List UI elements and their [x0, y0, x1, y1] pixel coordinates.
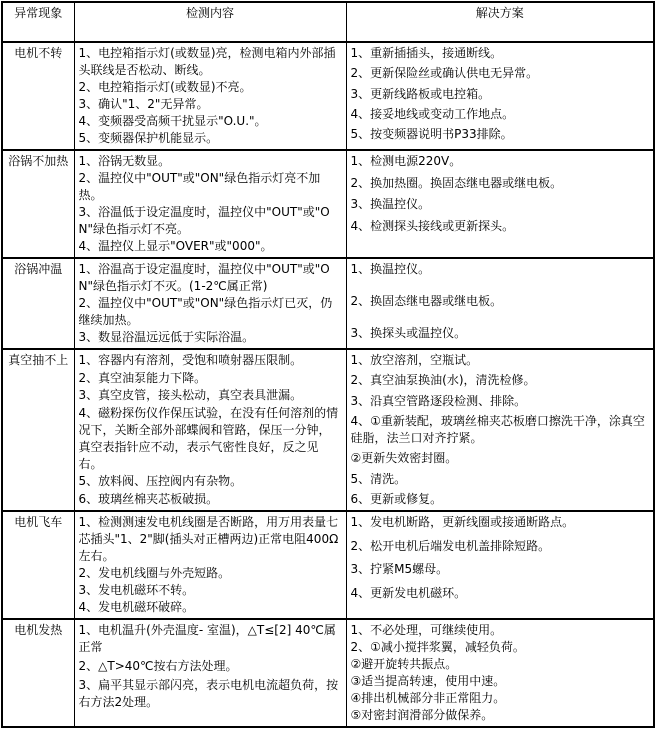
solution-item: ⑤对密封润滑部分做保养。 [351, 707, 650, 724]
detection-item: 3、真空皮管，接头松动，真空表具泄漏。 [79, 387, 342, 404]
solution-item: 2、①减小搅拌浆翼，减轻负荷。 [351, 639, 650, 656]
solution-item: 2、换加热圈。换固态继电器或继电板。 [351, 175, 650, 192]
detection-cell: 1、电机温升(外壳温度- 室温)，△T≤[2] 40℃属正常2、△T>40℃按右… [74, 619, 346, 727]
detection-cell: 1、浴锅无数显。2、温控仪中"OUT"或"ON"绿色指示灯亮不加热。3、浴温低于… [74, 150, 346, 258]
phenomenon-cell: 真空抽不上 [2, 349, 74, 511]
table-row: 浴锅不加热1、浴锅无数显。2、温控仪中"OUT"或"ON"绿色指示灯亮不加热。3… [2, 150, 654, 258]
detection-item: 3、确认"1、2"无异常。 [79, 96, 342, 113]
solution-item: ②避开旋转共振点。 [351, 656, 650, 673]
table-row: 浴锅冲温1、浴温高于设定温度时，温控仪中"OUT"或"ON"绿色指示灯不灭。(1… [2, 258, 654, 349]
solution-item: 4、更新发电机磁环。 [351, 585, 650, 602]
solution-item: 4、①重新装配，玻璃丝棉夹芯板磨口擦洗干净，涂真空硅脂，法兰口对齐拧紧。 [351, 413, 650, 447]
solution-item: 3、换温控仪。 [351, 196, 650, 213]
solution-cell: 1、不必处理，可继续使用。2、①减小搅拌浆翼，减轻负荷。②避开旋转共振点。③适当… [346, 619, 654, 727]
solution-item: 3、拧紧M5螺母。 [351, 561, 650, 578]
detection-item: 2、发电机线圈与外壳短路。 [79, 565, 342, 582]
solution-item: 1、发电机断路，更新线圈或接通断路点。 [351, 514, 650, 531]
solution-item: ③适当提高转速，使用中速。 [351, 673, 650, 690]
solution-cell: 1、检测电源220V。2、换加热圈。换固态继电器或继电板。3、换温控仪。4、检测… [346, 150, 654, 258]
detection-item: 3、数显浴温远远低于实际浴温。 [79, 329, 342, 346]
troubleshooting-table: 异常现象 检测内容 解决方案 电机不转1、电控箱指示灯(或数显)亮，检测电箱内外… [1, 1, 655, 728]
detection-item: 4、变频器受高频干扰显示"O.U."。 [79, 113, 342, 130]
solution-item: 1、放空溶剂，空瓶试。 [351, 352, 650, 369]
phenomenon-cell: 电机发热 [2, 619, 74, 727]
detection-cell: 1、容器内有溶剂，受饱和喷射器压限制。2、真空油泵能力下降。3、真空皮管，接头松… [74, 349, 346, 511]
table-row: 电机发热1、电机温升(外壳温度- 室温)，△T≤[2] 40℃属正常2、△T>4… [2, 619, 654, 727]
solution-cell: 1、放空溶剂，空瓶试。2、真空油泵换油(水)，清洗检修。3、沿真空管路逐段检测、… [346, 349, 654, 511]
table-body: 电机不转1、电控箱指示灯(或数显)亮，检测电箱内外部插头联线是否松动、断线。2、… [2, 42, 654, 727]
table-row: 电机不转1、电控箱指示灯(或数显)亮，检测电箱内外部插头联线是否松动、断线。2、… [2, 42, 654, 150]
detection-item: 4、温控仪上显示"OVER"或"000"。 [79, 238, 342, 255]
solution-item: ②更新失效密封圈。 [351, 450, 650, 467]
detection-item: 3、扁平其显示部闪亮，表示电机电流超负荷，按右方法2处理。 [79, 677, 342, 711]
phenomenon-cell: 浴锅不加热 [2, 150, 74, 258]
solution-item: 1、检测电源220V。 [351, 153, 650, 170]
phenomenon-cell: 电机飞车 [2, 511, 74, 619]
solution-item: 2、真空油泵换油(水)，清洗检修。 [351, 372, 650, 389]
detection-item: 2、电控箱指示灯(或数显)不亮。 [79, 79, 342, 96]
solution-cell: 1、发电机断路，更新线圈或接通断路点。2、松开电机后端发电机盖排除短路。3、拧紧… [346, 511, 654, 619]
solution-item: 2、换固态继电器或继电板。 [351, 293, 650, 310]
detection-cell: 1、浴温高于设定温度时，温控仪中"OUT"或"ON"绿色指示灯不灭。(1-2℃属… [74, 258, 346, 349]
detection-item: 2、真空油泵能力下降。 [79, 370, 342, 387]
solution-item: 1、换温控仪。 [351, 261, 650, 278]
detection-item: 1、电控箱指示灯(或数显)亮，检测电箱内外部插头联线是否松动、断线。 [79, 45, 342, 79]
table-row: 真空抽不上1、容器内有溶剂，受饱和喷射器压限制。2、真空油泵能力下降。3、真空皮… [2, 349, 654, 511]
solution-item: 1、重新插插头，接通断线。 [351, 45, 650, 62]
solution-item: 3、沿真空管路逐段检测、排除。 [351, 393, 650, 410]
detection-item: 1、浴温高于设定温度时，温控仪中"OUT"或"ON"绿色指示灯不灭。(1-2℃属… [79, 261, 342, 295]
solution-item: 5、按变频器说明书P33排除。 [351, 126, 650, 143]
solution-item: 3、更新线路板或电控箱。 [351, 86, 650, 103]
solution-item: 3、换探头或温控仪。 [351, 325, 650, 342]
detection-item: 4、发电机磁环破碎。 [79, 599, 342, 616]
solution-item: ④排出机械部分非正常阻力。 [351, 690, 650, 707]
detection-item: 3、浴温低于设定温度时，温控仪中"OUT"或"ON"绿色指示灯不亮。 [79, 204, 342, 238]
solution-item: 4、检测探头接线或更新探头。 [351, 218, 650, 235]
solution-item: 6、更新或修复。 [351, 491, 650, 508]
detection-item: 1、浴锅无数显。 [79, 153, 342, 170]
header-row: 异常现象 检测内容 解决方案 [2, 2, 654, 42]
solution-item: 1、不必处理，可继续使用。 [351, 622, 650, 639]
detection-item: 1、检测测速发电机线圈是否断路，用万用表量七芯插头"1、2"脚(插头对正槽两边)… [79, 514, 342, 565]
solution-cell: 1、换温控仪。2、换固态继电器或继电板。3、换探头或温控仪。 [346, 258, 654, 349]
detection-item: 6、玻璃丝棉夹芯板破损。 [79, 491, 342, 508]
header-solution: 解决方案 [346, 2, 654, 42]
detection-item: 3、发电机磁环不转。 [79, 582, 342, 599]
detection-item: 5、变频器保护机能显示。 [79, 130, 342, 147]
solution-item: 4、接妥地线或变动工作地点。 [351, 106, 650, 123]
detection-item: 1、电机温升(外壳温度- 室温)，△T≤[2] 40℃属正常 [79, 622, 342, 656]
detection-item: 5、放料阀、压控阀内有杂物。 [79, 473, 342, 490]
phenomenon-cell: 电机不转 [2, 42, 74, 150]
header-detection: 检测内容 [74, 2, 346, 42]
detection-item: 2、温控仪中"OUT"或"ON"绿色指示灯亮不加热。 [79, 170, 342, 204]
detection-item: 4、磁粉探伤仪作保压试验，在没有任何溶剂的情况下，关断全部外部蝶阀和管路，保压一… [79, 405, 342, 473]
header-phenomenon: 异常现象 [2, 2, 74, 42]
phenomenon-cell: 浴锅冲温 [2, 258, 74, 349]
solution-item: 2、更新保险丝或确认供电无异常。 [351, 65, 650, 82]
solution-item: 2、松开电机后端发电机盖排除短路。 [351, 538, 650, 555]
detection-item: 1、容器内有溶剂，受饱和喷射器压限制。 [79, 352, 342, 369]
document-page: 异常现象 检测内容 解决方案 电机不转1、电控箱指示灯(或数显)亮，检测电箱内外… [1, 1, 653, 728]
detection-cell: 1、检测测速发电机线圈是否断路，用万用表量七芯插头"1、2"脚(插头对正槽两边)… [74, 511, 346, 619]
detection-item: 2、△T>40℃按右方法处理。 [79, 658, 342, 675]
detection-cell: 1、电控箱指示灯(或数显)亮，检测电箱内外部插头联线是否松动、断线。2、电控箱指… [74, 42, 346, 150]
solution-cell: 1、重新插插头，接通断线。2、更新保险丝或确认供电无异常。3、更新线路板或电控箱… [346, 42, 654, 150]
detection-item: 2、温控仪中"OUT"或"ON"绿色指示灯已灭，仍继续加热。 [79, 295, 342, 329]
solution-item: 5、清洗。 [351, 471, 650, 488]
table-row: 电机飞车1、检测测速发电机线圈是否断路，用万用表量七芯插头"1、2"脚(插头对正… [2, 511, 654, 619]
